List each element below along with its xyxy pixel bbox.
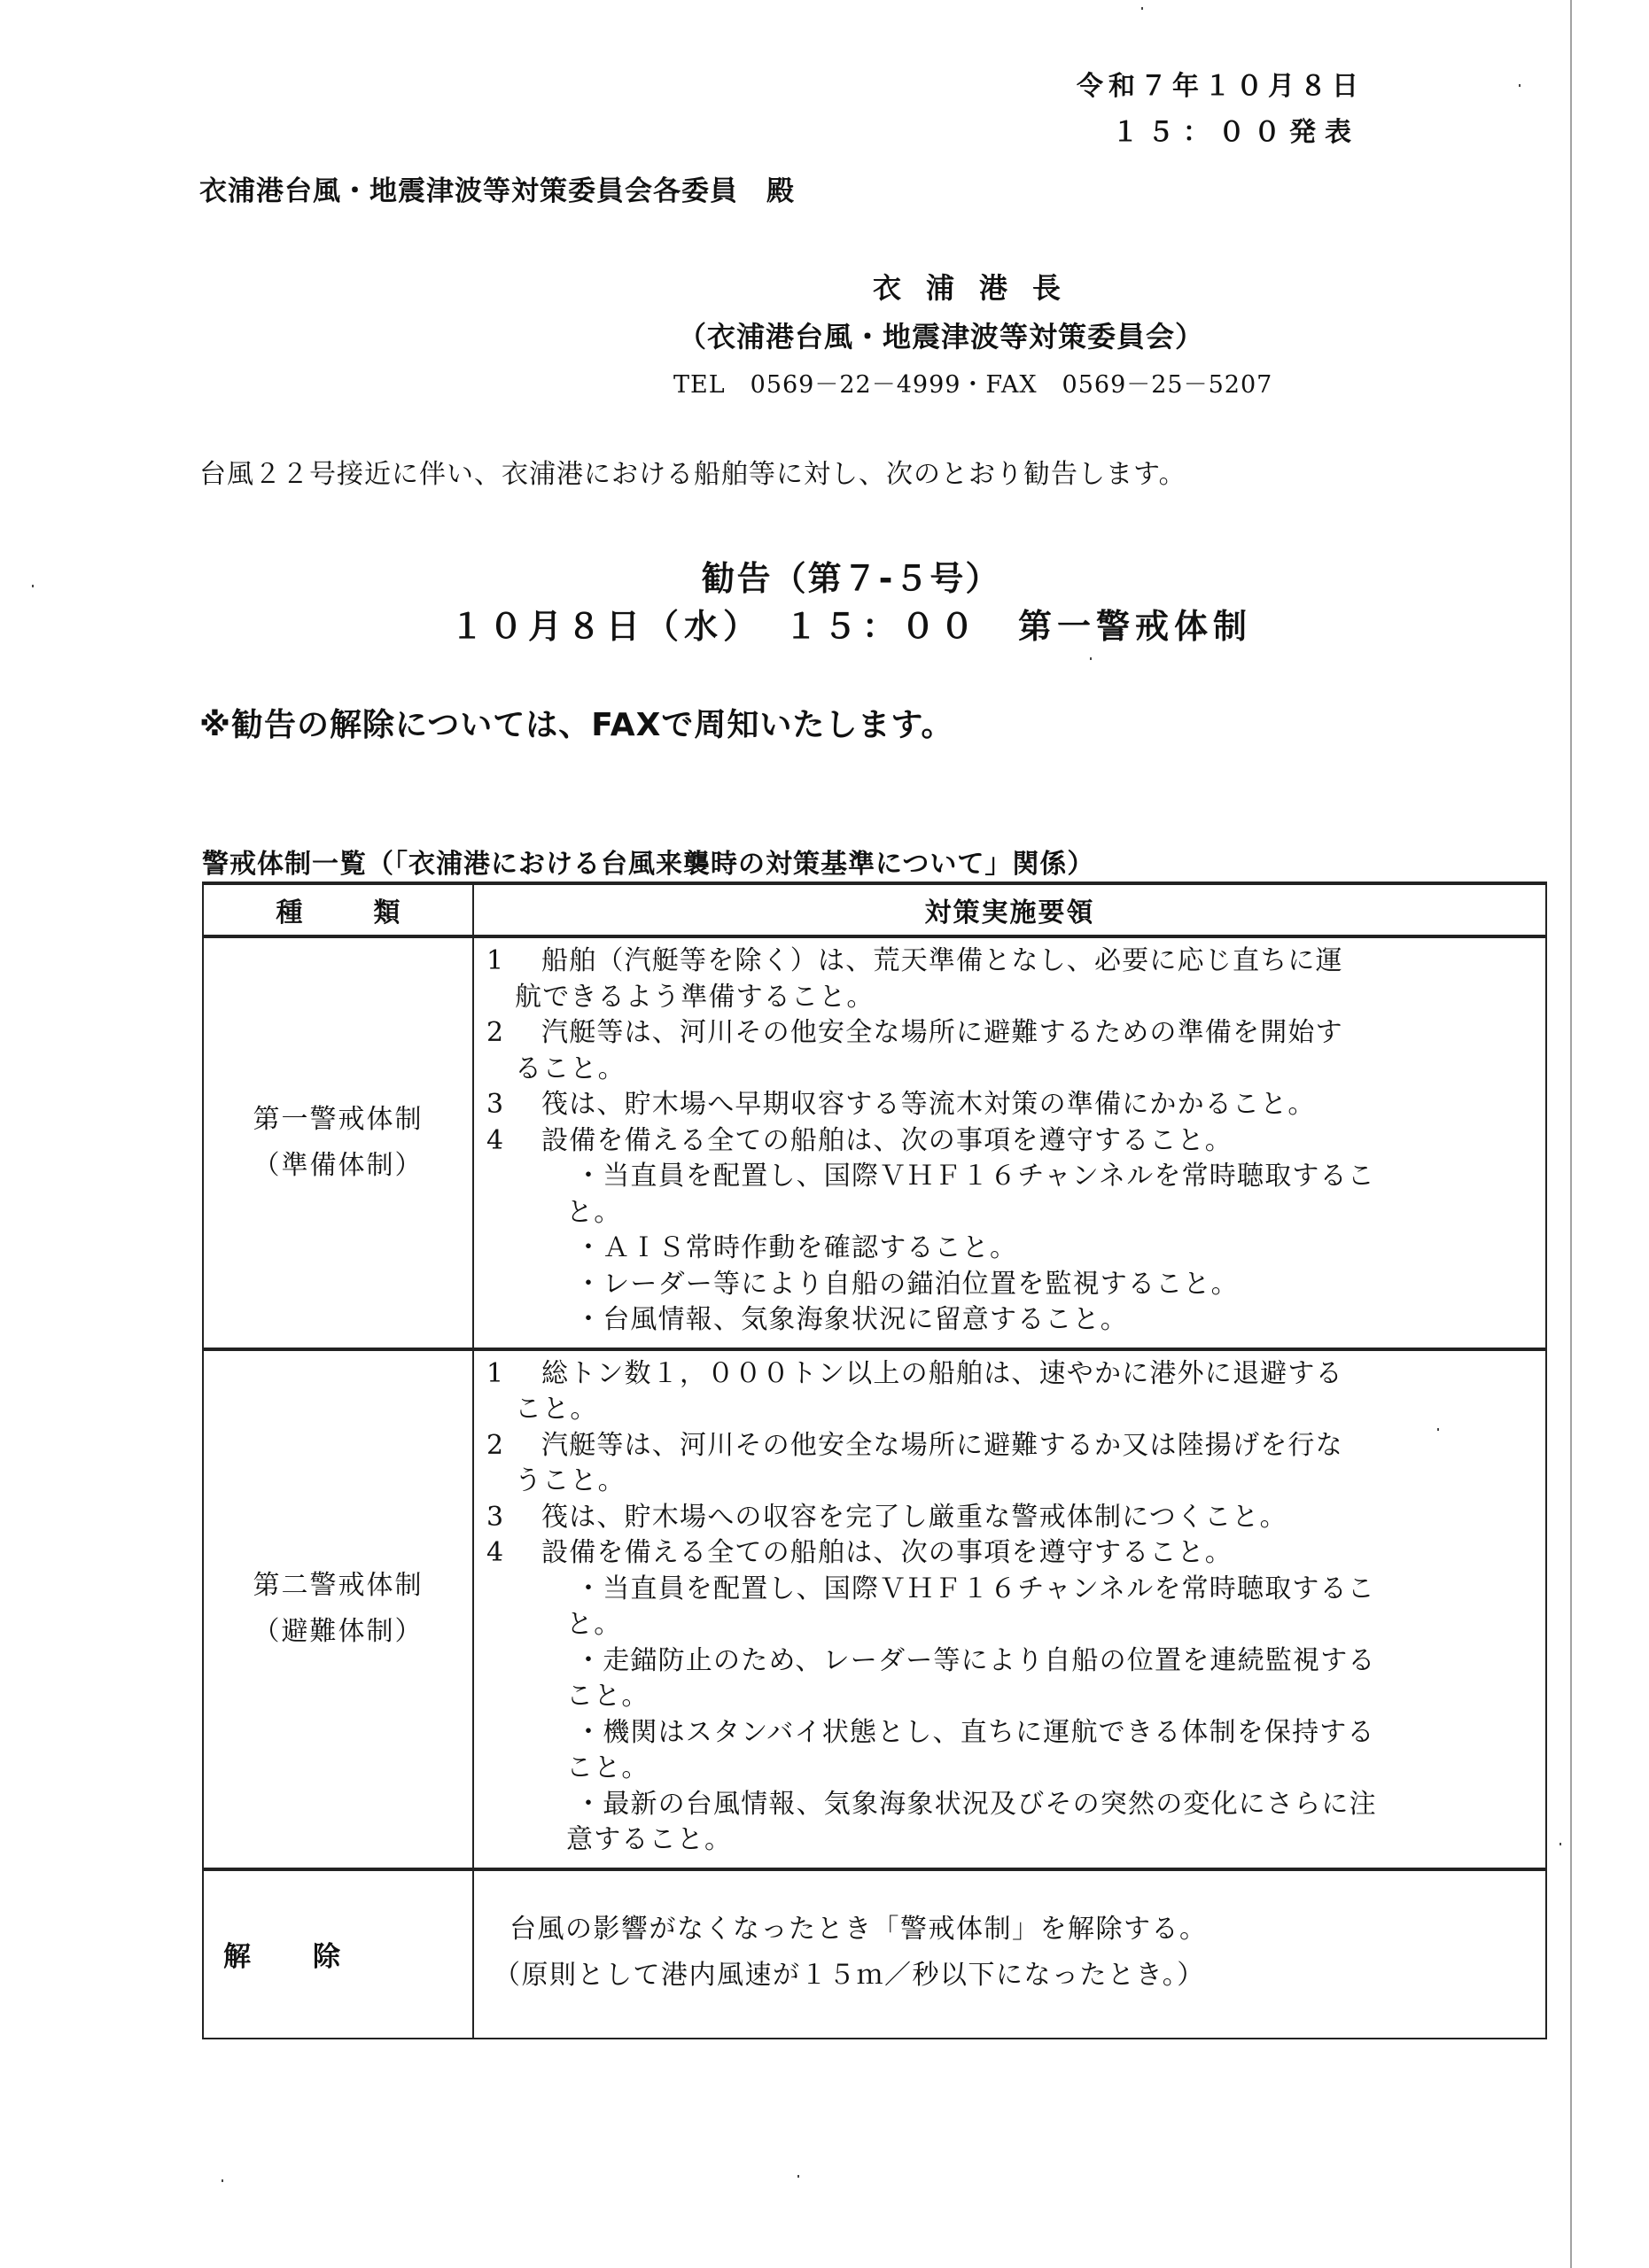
- alert-system-table: 種類 対策実施要領 第一警戒体制 （準備体制） 1 船舶（汽艇等を除く）は、荒天…: [202, 882, 1547, 2039]
- measure-bullet: ・ＡＩＳ常時作動を確認すること。: [486, 1231, 1536, 1267]
- addressee: 衣浦港台風・地震津波等対策委員会各委員 殿: [199, 168, 795, 208]
- scan-speck: [1090, 657, 1092, 660]
- measures-cell: 1 船舶（汽艇等を除く）は、荒天準備となし、必要に応じ直ちに運航できるよう準備す…: [473, 936, 1546, 1349]
- measure-item: 3 筏は、貯木場への収容を完了し厳重な警戒体制につくこと。: [486, 1500, 1536, 1536]
- scan-speck: [1519, 84, 1521, 87]
- measure-bullet: ・走錨防止のため、レーダー等により自船の位置を連続監視すること。: [486, 1643, 1536, 1715]
- sender-title: 衣浦港長: [873, 266, 1085, 307]
- measure-bullet: ・台風情報、気象海象状況に留意すること。: [486, 1302, 1536, 1339]
- measure-item: 1 総トン数１，０００トン以上の船舶は、速やかに港外に退避すること。: [486, 1356, 1536, 1428]
- scan-speck: [32, 585, 34, 587]
- page-edge-line: [1570, 0, 1572, 2268]
- measure-bullet: ・最新の台風情報、気象海象状況及びその突然の変化にさらに注意すること。: [486, 1787, 1536, 1859]
- header-type: 種類: [203, 883, 473, 936]
- scan-speck: [1560, 1843, 1561, 1845]
- intro-text: 台風２２号接近に伴い、衣浦港における船舶等に対し、次のとおり勧告します。: [199, 452, 1186, 491]
- scan-speck: [1437, 1428, 1439, 1431]
- type-name: 第一警戒体制: [204, 1097, 472, 1143]
- type-cell: 第二警戒体制 （避難体制）: [203, 1349, 473, 1869]
- table-row-release: 解除 台風の影響がなくなったとき「警戒体制」を解除する。 （原則として港内風速が…: [203, 1869, 1546, 2039]
- measures-cell: 1 総トン数１，０００トン以上の船舶は、速やかに港外に退避すること。 2 汽艇等…: [473, 1349, 1546, 1869]
- table-caption: 警戒体制一覧（「衣浦港における台風来襲時の対策基準について」関係）: [202, 842, 1094, 881]
- release-cell: 台風の影響がなくなったとき「警戒体制」を解除する。 （原則として港内風速が１５ｍ…: [473, 1869, 1546, 2039]
- measure-bullet: ・機関はスタンバイ状態とし、直ちに運航できる体制を保持すること。: [486, 1715, 1536, 1787]
- sender-contact: TEL 0569－22－4999・FAX 0569－25－5207: [673, 365, 1272, 400]
- scan-speck: [797, 2175, 799, 2178]
- notice-title: 勧告（第７-５号）: [0, 551, 1649, 600]
- table-header-row: 種類 対策実施要領: [203, 883, 1546, 936]
- sender-organization: （衣浦港台風・地震津波等対策委員会）: [678, 315, 1204, 355]
- table-row-second-alert: 第二警戒体制 （避難体制） 1 総トン数１，０００トン以上の船舶は、速やかに港外…: [203, 1349, 1546, 1869]
- measure-bullet: ・当直員を配置し、国際ＶＨＦ１６チャンネルを常時聴取すること。: [486, 1572, 1536, 1643]
- measure-item: 2 汽艇等は、河川その他安全な場所に避難するための準備を開始すること。: [486, 1015, 1536, 1087]
- type-subname: （準備体制）: [204, 1143, 472, 1189]
- measure-item: 2 汽艇等は、河川その他安全な場所に避難するか又は陸揚げを行なうこと。: [486, 1428, 1536, 1500]
- release-line-1: 台風の影響がなくなったとき「警戒体制」を解除する。: [509, 1914, 1208, 1945]
- release-line-2: （原則として港内風速が１５ｍ／秒以下になったとき。）: [494, 1953, 1545, 1999]
- notice-subtitle: １０月８日（水） １５：００ 第一警戒体制: [0, 599, 1649, 648]
- measure-item: 3 筏は、貯木場へ早期収容する等流木対策の準備にかかること。: [486, 1087, 1536, 1123]
- type-name: 第二警戒体制: [204, 1563, 472, 1609]
- type-cell: 第一警戒体制 （準備体制）: [203, 936, 473, 1349]
- table-row-first-alert: 第一警戒体制 （準備体制） 1 船舶（汽艇等を除く）は、荒天準備となし、必要に応…: [203, 936, 1546, 1349]
- scan-speck: [1141, 7, 1143, 10]
- header-measures: 対策実施要領: [473, 883, 1546, 936]
- scan-speck: [222, 2179, 223, 2182]
- measure-item: 1 船舶（汽艇等を除く）は、荒天準備となし、必要に応じ直ちに運航できるよう準備す…: [486, 944, 1536, 1015]
- notice-note: ※勧告の解除については、FAXで周知いたします。: [199, 700, 953, 745]
- type-cell-release: 解除: [203, 1869, 473, 2039]
- measure-bullet: ・当直員を配置し、国際ＶＨＦ１６チャンネルを常時聴取すること。: [486, 1159, 1536, 1231]
- measure-item: 4 設備を備える全ての船舶は、次の事項を遵守すること。: [486, 1535, 1536, 1572]
- issue-time: １５：００発表: [1112, 110, 1360, 149]
- type-subname: （避難体制）: [204, 1609, 472, 1655]
- issue-date: 令和７年１０月８日: [1077, 64, 1364, 103]
- measure-item: 4 設備を備える全ての船舶は、次の事項を遵守すること。: [486, 1123, 1536, 1160]
- measure-bullet: ・レーダー等により自船の錨泊位置を監視すること。: [486, 1267, 1536, 1303]
